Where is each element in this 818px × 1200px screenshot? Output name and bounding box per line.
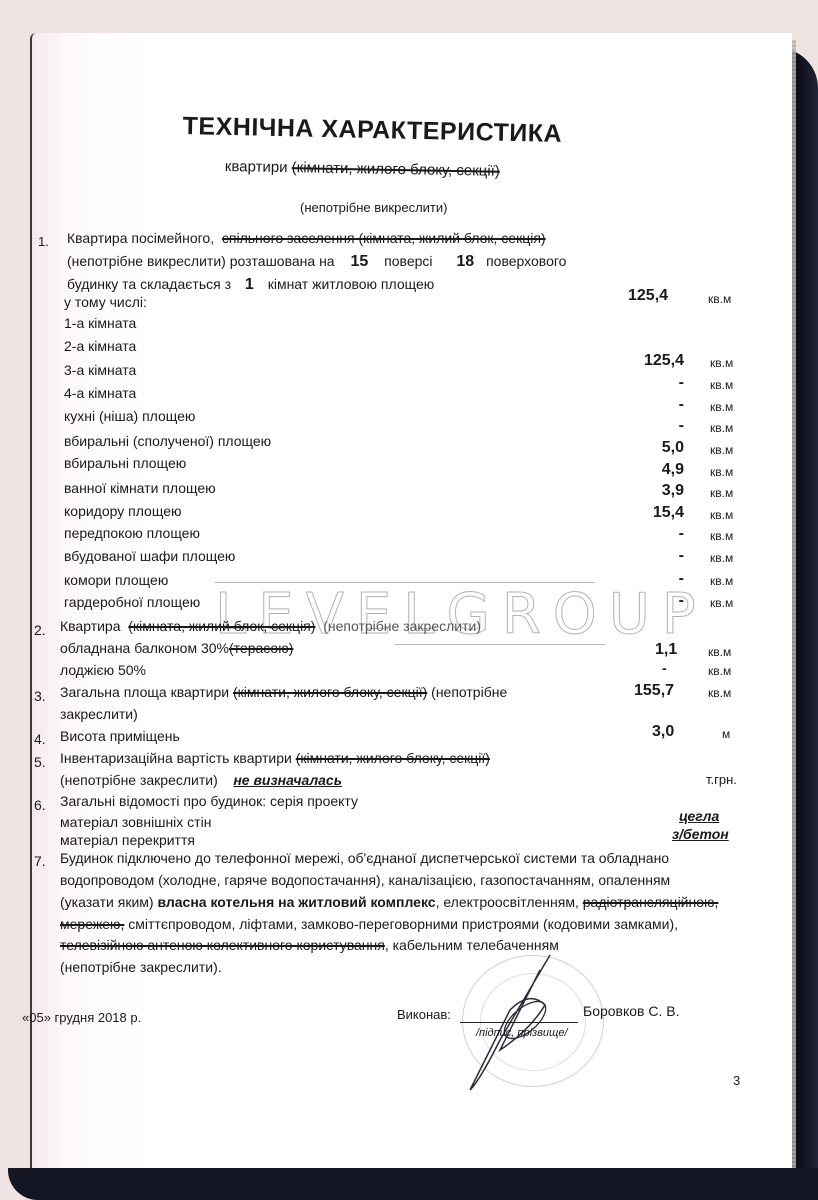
header-note: (непотрібне викреслити) [300, 200, 447, 215]
walls-value: цегла [679, 808, 719, 824]
signature-caption: /підпис, прізвище/ [476, 1027, 568, 1039]
total-area-value: 155,7 [634, 682, 674, 700]
room-item-unit: кв.м [710, 421, 733, 435]
s2-struck: (кімната, жилий блок, секція) [128, 618, 315, 634]
s5-text: Інвентаризаційна вартість квартири [60, 750, 292, 766]
section2-line1: Квартира (кімната, жилий блок, секція) (… [60, 618, 481, 634]
inventory-unit: т.грн. [706, 772, 737, 787]
s3-struck: (кімнати, жилого блоку, секції) [233, 684, 427, 700]
loggia-label: лоджією 50% [60, 662, 146, 678]
s2-text: Квартира [60, 618, 121, 634]
section7-line3: (указати яким) власна котельня на житлов… [60, 894, 718, 910]
section1-line2: (непотрібне викреслити) розташована на 1… [67, 253, 566, 271]
section3-number: 3. [34, 688, 46, 704]
room-item-value: - [600, 525, 684, 543]
section1-line4: у тому числі: [64, 294, 147, 310]
section1-number: 1. [38, 234, 49, 249]
s7-struck: радіотрансляційною, [583, 894, 719, 910]
section5-line1: Інвентаризаційна вартість квартири (кімн… [60, 750, 490, 766]
s7-struck2: мережею, [60, 916, 124, 932]
s1-text4: поверхового [486, 253, 566, 269]
balcony-unit: кв.м [708, 645, 731, 659]
balcony-label: обладнана балконом 30%(терасою) [60, 640, 293, 656]
room-item-label: 4-а кімната [64, 385, 136, 401]
room-item-unit: кв.м [710, 508, 733, 522]
s5-text2: (непотрібне закреслити) [60, 772, 218, 788]
page-number: 3 [733, 1073, 740, 1088]
section7-line4: мережею, сміттєпроводом, ліфтами, замков… [60, 916, 678, 932]
s5-struck: (кімнати, жилого блоку, секції) [296, 750, 490, 766]
s7-text: (указати яким) [60, 894, 154, 910]
room-item-label: ванної кімнати площею [64, 480, 216, 496]
room-item-unit: кв.м [710, 400, 733, 414]
room-item-label: 1-а кімната [64, 315, 136, 331]
s1-text: Квартира посімейного, [67, 230, 214, 246]
balcony-value: 1,1 [655, 641, 677, 659]
room-item-value: - [600, 374, 684, 392]
executor-label: Виконав: [397, 1007, 451, 1022]
walls-label: матеріал зовнішніх стін [60, 814, 211, 830]
room-item-value: 3,9 [600, 482, 684, 500]
section7-number: 7. [34, 853, 46, 869]
height-label: Висота приміщень [60, 728, 180, 744]
room-item-label: вбудованої шафи площею [64, 548, 235, 564]
room-item-value: - [600, 547, 684, 565]
s7-struck3: телевізійною антеною колективного корист… [60, 937, 385, 953]
s7-text2: , електроосвітленням, [436, 894, 579, 910]
subtitle-main: квартири [225, 158, 288, 176]
room-item-label: вбиральні (сполученої) площею [64, 433, 271, 449]
total-area-unit: кв.м [708, 686, 731, 700]
s1-text6: кімнат житловою площею [268, 276, 435, 292]
room-item-label: кухні (ніша) площею [64, 408, 195, 424]
section7-line2: водопроводом (холодне, гаряче водопостач… [60, 872, 670, 888]
room-item-unit: кв.м [710, 465, 733, 479]
section3-line1: Загальна площа квартири (кімнати, жилого… [60, 684, 507, 700]
watermark: LEVELGROUP [215, 582, 708, 647]
room-item-unit: кв.м [710, 378, 733, 392]
room-item-unit: кв.м [710, 529, 733, 543]
room-item-unit: кв.м [710, 574, 733, 588]
section6-line1: Загальні відомості про будинок: серія пр… [60, 793, 358, 809]
total-floors-value: 18 [456, 253, 474, 270]
s1-text5: будинку та складається з [67, 276, 231, 292]
floors-label: матеріал перекриття [60, 832, 195, 848]
height-value: 3,0 [652, 723, 674, 741]
section5-line2: (непотрібне закреслити) не визначалась [60, 772, 342, 788]
section7-line1: Будинок підключено до телефонної мережі,… [60, 850, 669, 866]
room-item-value: - [600, 396, 684, 414]
section4-number: 4. [34, 731, 46, 747]
living-area-value: 125,4 [628, 287, 668, 305]
signature-icon [440, 950, 600, 1100]
balcony-text: обладнана балконом 30% [60, 640, 229, 656]
room-item-value: 4,9 [600, 461, 684, 479]
s2-text2: (непотрібне закреслити) [323, 618, 481, 634]
inventory-value: не визначалась [233, 772, 342, 788]
section3-line2: закреслити) [60, 706, 138, 722]
room-item-unit: кв.м [710, 551, 733, 565]
room-item-unit: кв.м [710, 486, 733, 500]
section2-number: 2. [34, 622, 46, 638]
s3-text: Загальна площа квартири [60, 684, 229, 700]
room-item-label: 3-а кімната [64, 362, 136, 378]
floor-value: 15 [350, 253, 368, 270]
room-item-unit: кв.м [710, 443, 733, 457]
section5-number: 5. [34, 754, 46, 770]
room-item-label: комори площею [64, 572, 168, 588]
s1-struck: спільного заселення (кімната, жилий блок… [222, 230, 546, 246]
room-item-label: передпокою площею [64, 525, 200, 541]
room-item-unit: кв.м [710, 596, 733, 610]
room-item-value: 5,0 [600, 439, 684, 457]
height-unit: м [722, 727, 730, 741]
rooms-count-value: 1 [245, 276, 254, 293]
binder-bottom [8, 1168, 818, 1200]
signature-line [460, 1022, 578, 1023]
loggia-value: - [662, 660, 667, 676]
heating-type: власна котельня на житловий комплекс [157, 894, 435, 910]
room-item-value: 125,4 [600, 352, 684, 370]
section1-line1: Квартира посімейного, спільного заселенн… [67, 230, 546, 246]
room-item-value: 15,4 [600, 504, 684, 522]
section7-line6: (непотрібне закреслити). [60, 959, 222, 975]
document-date: «05» грудня 2018 р. [22, 1010, 141, 1025]
loggia-unit: кв.м [708, 664, 731, 678]
room-item-unit: кв.м [710, 356, 733, 370]
s1-text3: поверсі [384, 253, 432, 269]
balcony-struck: (терасою) [229, 640, 293, 656]
section6-number: 6. [34, 797, 46, 813]
s7-text3: сміттєпроводом, ліфтами, замково-перегов… [128, 916, 678, 932]
floors-value: з/бетон [672, 826, 729, 842]
executor-name: Боровков С. В. [583, 1003, 680, 1019]
watermark-line [395, 644, 605, 645]
room-item-label: гардеробної площею [64, 594, 200, 610]
room-item-label: коридору площею [64, 503, 182, 519]
room-item-label: 2-а кімната [64, 338, 136, 354]
section1-line3: будинку та складається з 1 кімнат житлов… [67, 276, 434, 294]
room-item-value: - [600, 417, 684, 435]
living-area-unit: кв.м [708, 292, 731, 306]
s3-text2: (непотрібне [431, 684, 507, 700]
subtitle-struck: (кімнати, жилого блоку, секції) [292, 159, 500, 180]
room-item-label: вбиральні площею [64, 455, 186, 471]
s1-text2: (непотрібне викреслити) розташована на [67, 253, 335, 269]
